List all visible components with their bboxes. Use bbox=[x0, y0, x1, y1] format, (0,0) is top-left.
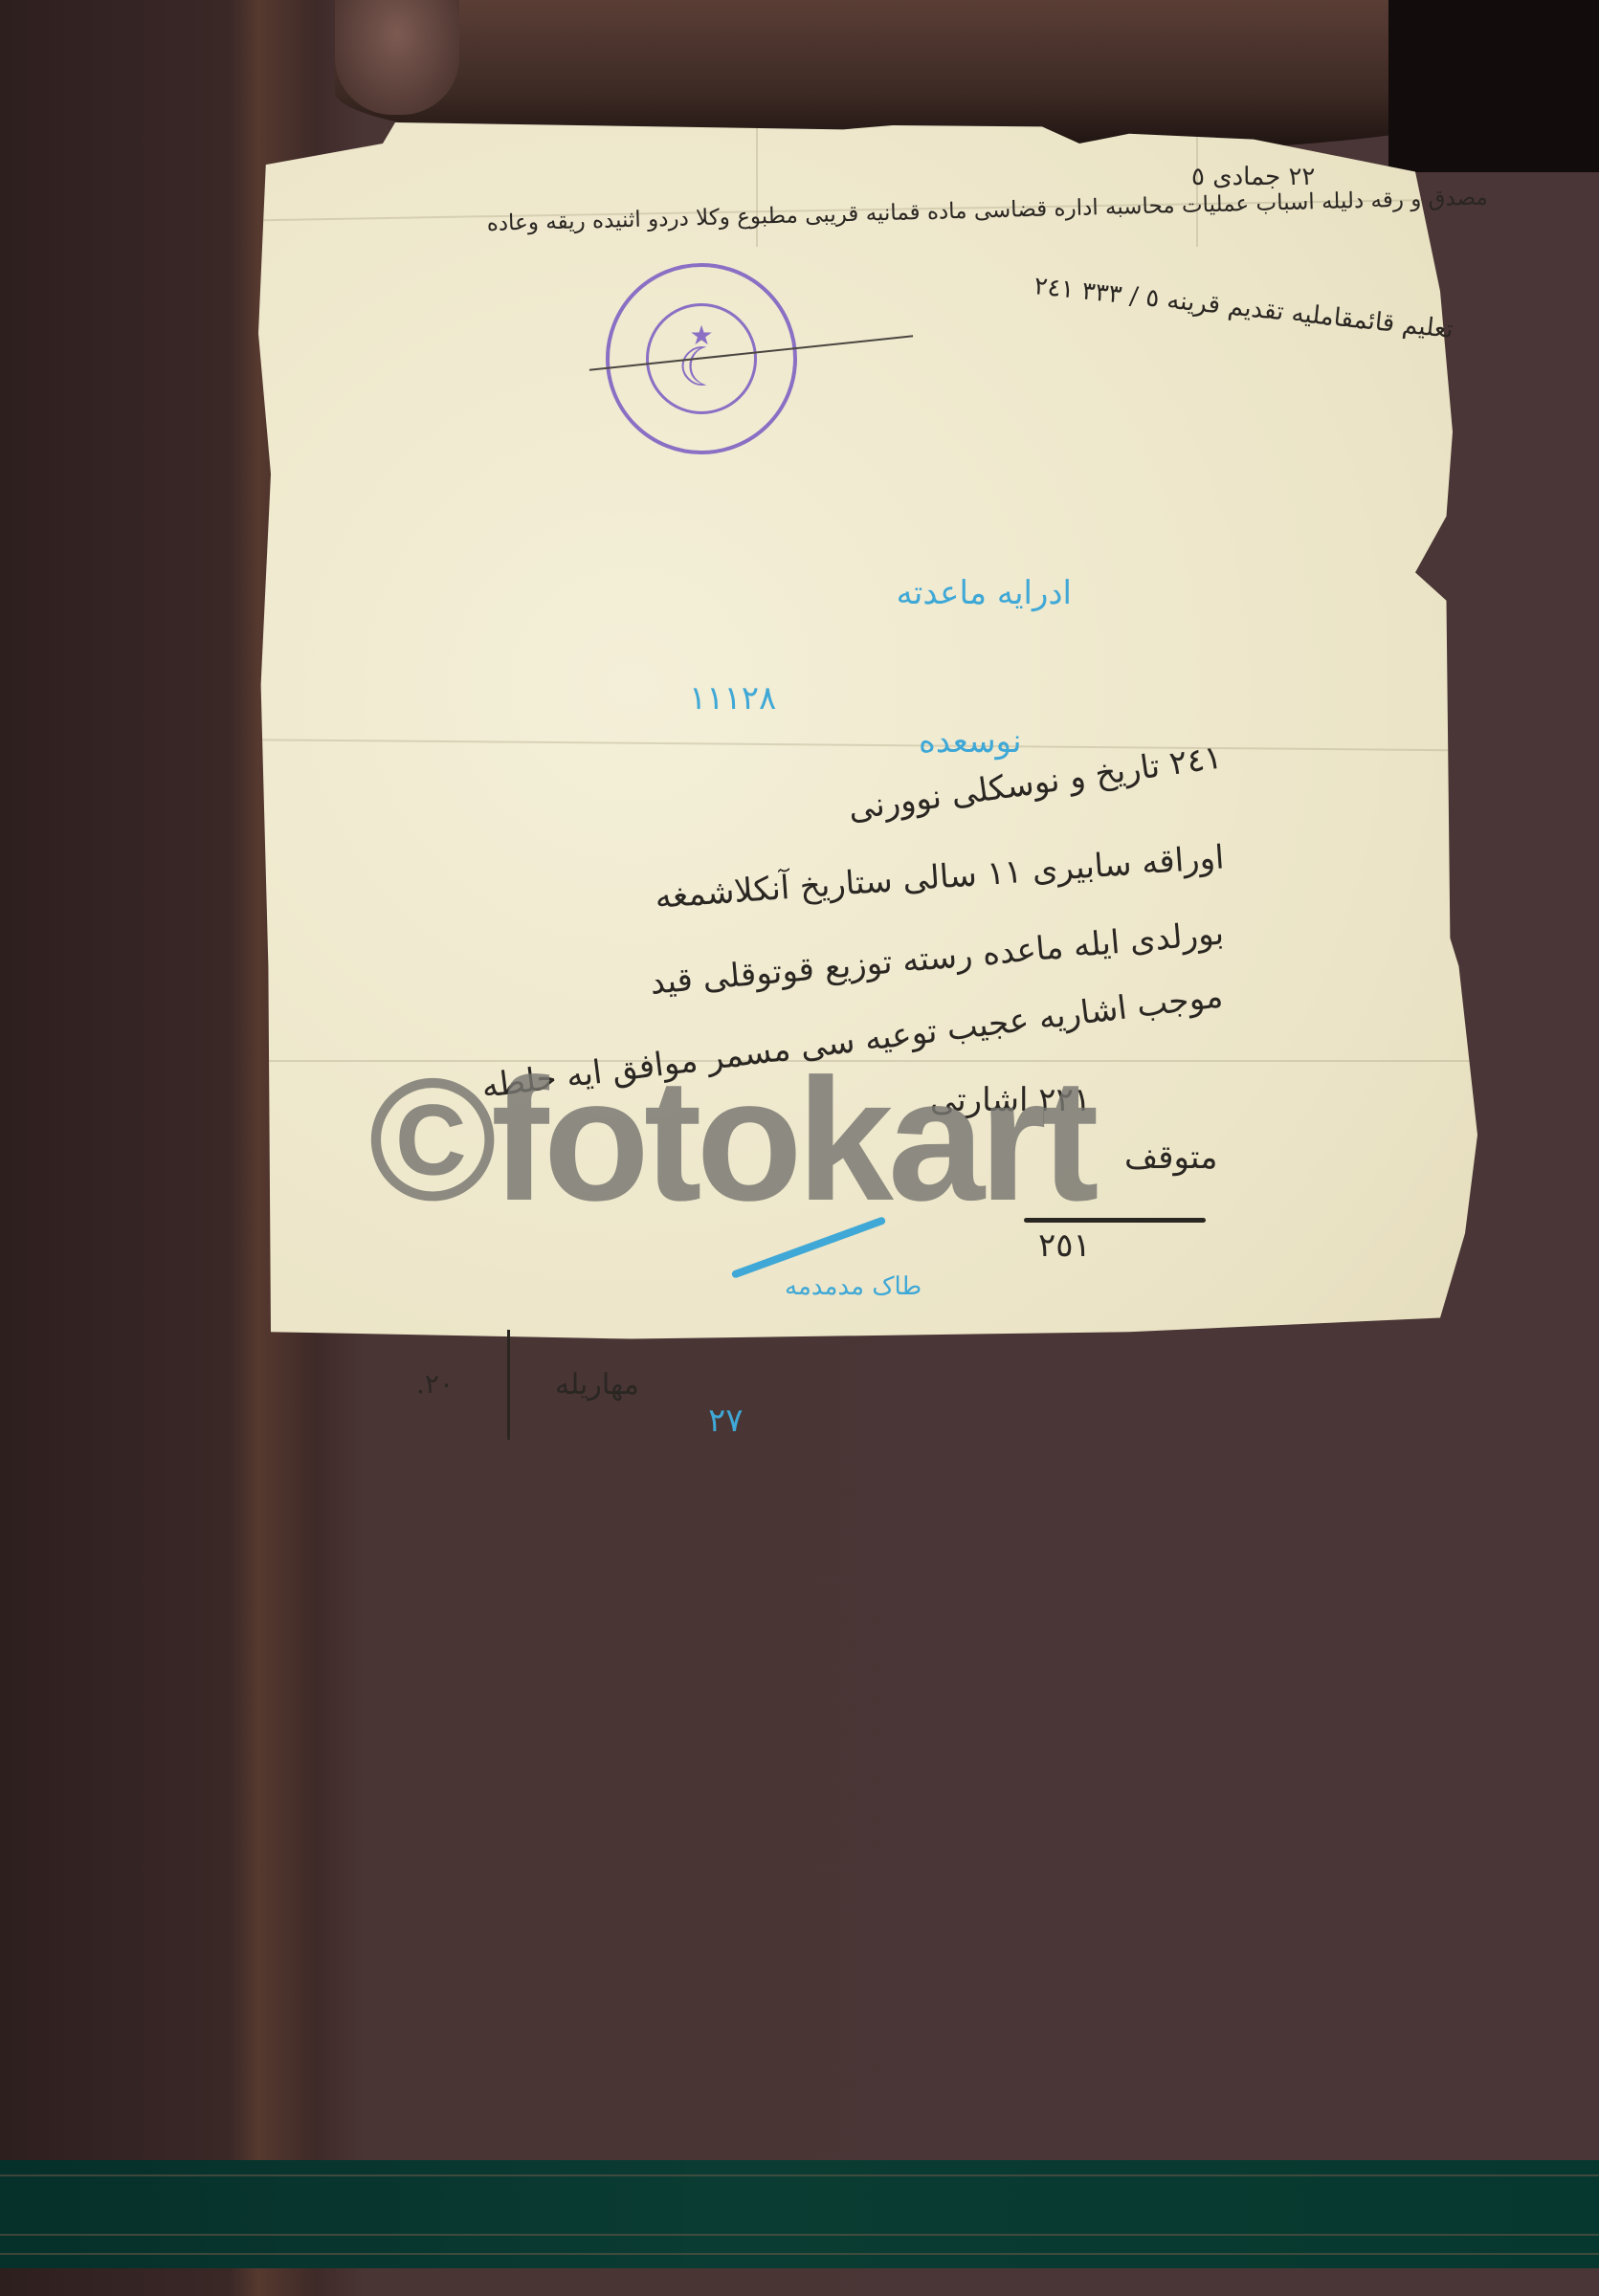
blue-note-1: ادرایه ماعدته bbox=[670, 574, 1072, 612]
document-paper bbox=[258, 122, 1502, 1529]
signature-label: متوقف bbox=[1124, 1138, 1217, 1177]
footer-left-word: مهاریله bbox=[555, 1368, 639, 1402]
blue-note-3: نوسعده bbox=[919, 722, 1022, 761]
header-date: ٢٢ جمادى ٥ bbox=[1191, 163, 1315, 191]
crescent-icon: ☾ bbox=[677, 342, 725, 395]
dark-corner bbox=[1388, 0, 1599, 172]
band-line bbox=[0, 2253, 1599, 2255]
paper-crease bbox=[258, 739, 1502, 751]
finger bbox=[335, 0, 459, 115]
footer-blue-number: ٢٧ bbox=[708, 1402, 744, 1440]
band-line bbox=[0, 2234, 1599, 2236]
blue-note-2: ١١١٢٨ bbox=[689, 679, 776, 717]
footer-divider-line bbox=[507, 1330, 510, 1440]
fotokart-watermark: ©fotokart bbox=[368, 1052, 1094, 1226]
footer-left-number: ٢٠. bbox=[416, 1368, 454, 1400]
footer-blue-note: طاک مدمدمه bbox=[785, 1272, 922, 1301]
band-line bbox=[0, 2175, 1599, 2176]
